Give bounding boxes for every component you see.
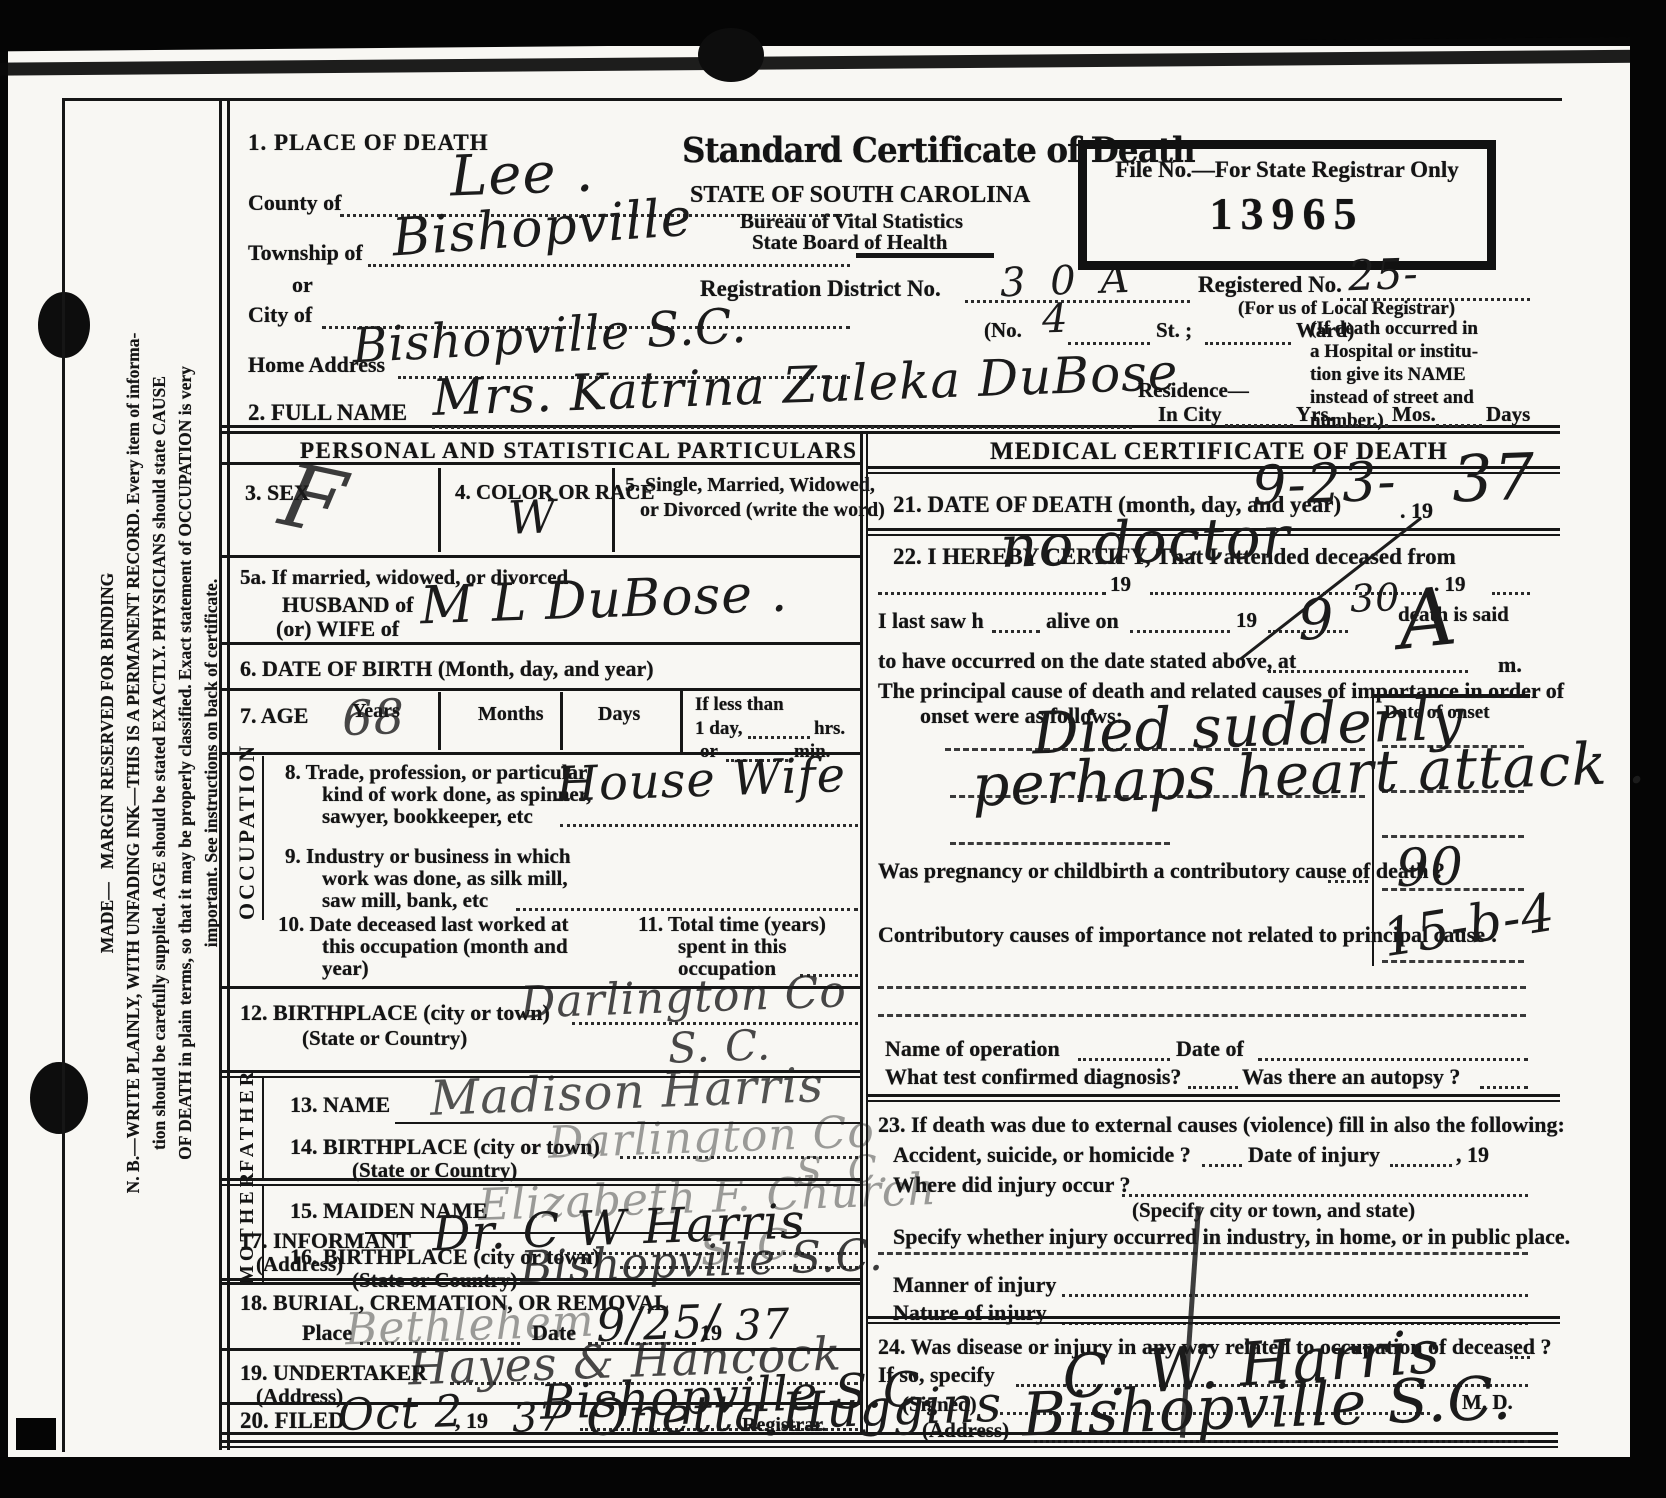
- manner-injury-dots: [1062, 1294, 1528, 1297]
- wife-of-label: (or) WIFE of: [276, 616, 399, 642]
- date-of-label: Date of: [1176, 1036, 1244, 1062]
- hospital-note-1: (If death occurred in: [1310, 318, 1478, 340]
- no-doctor-value: no doctor: [999, 503, 1291, 581]
- test-dots: [1188, 1086, 1238, 1089]
- birthplace-label: 12. BIRTHPLACE (city or town): [240, 1000, 550, 1026]
- occupation-vertical-label: OCCUPATION: [234, 743, 260, 920]
- binder-hole-mark-bottom: [30, 1062, 88, 1134]
- test-label: What test confirmed diagnosis?: [885, 1064, 1181, 1090]
- pregnancy-value: 90: [1395, 837, 1465, 899]
- q23-label: 23. If death was due to external causes …: [878, 1112, 1565, 1138]
- accident-label: Accident, suicide, or homicide ?: [893, 1142, 1191, 1168]
- rule-under-autopsy-2: [866, 1100, 1560, 1102]
- or-label: or: [292, 272, 313, 298]
- husband-of-label: HUSBAND of: [282, 592, 413, 618]
- filed-year-value: 37: [511, 1394, 565, 1442]
- months-label: Months: [478, 703, 544, 726]
- scan-bottom-black-band: [0, 1457, 1666, 1498]
- nb-note-line1: N. B.—WRITE PLAINLY, WITH UNFADING INK—T…: [120, 90, 146, 1436]
- hospital-note-3: tion give its NAME: [1310, 364, 1466, 386]
- local-registrar-note: (For us of Local Registrar): [1238, 298, 1455, 320]
- ink-blob-top: [698, 28, 764, 82]
- form-left-border: [62, 98, 65, 1452]
- date-of-dots: [1258, 1058, 1528, 1061]
- column-divider-2: [866, 431, 868, 1432]
- margin-binding-label: MARGIN RESERVED FOR BINDING: [97, 573, 117, 869]
- county-label: County of: [248, 190, 342, 216]
- filed-date-value: Oct 2: [337, 1386, 464, 1441]
- injury-19-label: , 19: [1456, 1142, 1489, 1168]
- in-city-line: [1225, 424, 1293, 427]
- autopsy-label: Was there an autopsy ?: [1242, 1064, 1460, 1090]
- personal-section-title: PERSONAL AND STATISTICAL PARTICULARS: [300, 438, 857, 464]
- undertaker-address-label: (Address): [256, 1384, 343, 1409]
- birthplace-sub-label: (State or Country): [302, 1026, 467, 1051]
- item10-line3: year): [322, 956, 369, 981]
- accident-dots: [1202, 1164, 1242, 1167]
- father-name-label: 13. NAME: [290, 1092, 390, 1118]
- township-label: Township of: [248, 240, 363, 266]
- nb-note-line3: OF DEATH in plain terms, so that it may …: [172, 90, 198, 1436]
- item9-line: [516, 908, 858, 911]
- item8-line: [560, 824, 858, 827]
- alive-on-label: alive on: [1046, 608, 1119, 634]
- column-divider-1: [860, 431, 863, 1432]
- spouse-value: M L DuBose .: [419, 564, 789, 637]
- last-saw-line-b: [1130, 630, 1230, 633]
- where-injury-dots: [1122, 1194, 1528, 1197]
- undertaker-label: 19. UNDERTAKER: [240, 1360, 427, 1386]
- mos-line: [1436, 424, 1482, 427]
- fullname-label: 2. FULL NAME: [248, 400, 407, 426]
- form-top-border: [62, 98, 1562, 101]
- rule-under-injury-2: [866, 1322, 1560, 1324]
- no-line: [1068, 342, 1150, 345]
- informant-label: 17. INFORMANT: [240, 1228, 411, 1254]
- board-line: State Board of Health: [752, 230, 947, 255]
- color-race-value: W: [507, 489, 557, 545]
- marital-label-1: 5. Single, Married, Widowed,: [625, 474, 875, 497]
- center-rule: [856, 253, 994, 258]
- occurred-line-dots: [1268, 670, 1468, 673]
- cert-line-a: [878, 592, 1106, 595]
- less-than-label-1: If less than: [695, 694, 784, 716]
- item9-line3: saw mill, bank, etc: [322, 888, 488, 913]
- occupation-value: House Wife: [555, 747, 847, 813]
- cert-line-c: [1492, 592, 1530, 595]
- hospital-note-2: a Hospital or institu-: [1310, 341, 1478, 363]
- manner-injury-label: Manner of injury: [893, 1272, 1056, 1298]
- hrs-line: [748, 736, 810, 739]
- margin-made: MADE—: [97, 882, 117, 953]
- q24-dots: [1510, 1356, 1530, 1359]
- operation-label: Name of operation: [885, 1036, 1060, 1062]
- specify-industry-label: Specify whether injury occurred in indus…: [893, 1224, 1570, 1250]
- filed-label: 20. FILED: [240, 1408, 345, 1434]
- file-number-box: File No.—For State Registrar Only 13965: [1078, 140, 1496, 270]
- occupation-inner-divider: [262, 756, 264, 920]
- contributory-dash-2: [878, 1014, 1526, 1017]
- fullname-line: [432, 426, 1132, 429]
- autopsy-dots: [1480, 1086, 1528, 1089]
- pregnancy-dots: [1328, 880, 1368, 883]
- yrs-line: [1336, 424, 1388, 427]
- injury-dash: [878, 1252, 1528, 1255]
- occurred-label: to have occurred on the date stated abov…: [878, 648, 1296, 674]
- age-label: 7. AGE: [240, 703, 308, 729]
- scan-top-black-band: [0, 0, 1666, 51]
- item8-line3: sawyer, bookkeeper, etc: [322, 804, 533, 829]
- registered-no-value: 25-: [1347, 249, 1419, 300]
- reg-district-label: Registration District No.: [700, 276, 941, 302]
- sex-color-divider: [438, 468, 441, 552]
- hrs-label: hrs.: [814, 718, 845, 740]
- where-injury-label: Where did injury occur ?: [893, 1172, 1131, 1198]
- less-than-label-2: 1 day,: [695, 718, 743, 740]
- mos-label: Mos.: [1392, 402, 1436, 427]
- dod-year-value: 37: [1451, 441, 1537, 518]
- last-saw-label: I last saw h: [878, 608, 984, 634]
- no-label: (No.: [984, 318, 1022, 343]
- date-injury-label: Date of injury: [1248, 1142, 1380, 1168]
- rule-under-6: [222, 688, 860, 691]
- rule-under-row3: [222, 555, 860, 558]
- rule-under-injury-1: [866, 1316, 1560, 1319]
- age-value: 68: [341, 689, 406, 747]
- st-line: [1205, 342, 1291, 345]
- contributory-dash-1: [878, 986, 1526, 989]
- informant-address-label: (Address): [256, 1252, 343, 1277]
- rule-under-5a: [222, 642, 860, 645]
- form-bottom-border-3: [222, 1446, 1558, 1448]
- file-number: 13965: [1087, 187, 1487, 240]
- last-saw-line-a: [992, 630, 1040, 633]
- state-line: STATE OF SOUTH CAROLINA: [690, 182, 1030, 209]
- time-a-value: A: [1393, 569, 1461, 668]
- nb-note-line2: tion should be carefully supplied. AGE s…: [146, 90, 172, 1436]
- margin-divider-inner: [227, 98, 230, 1450]
- months-days-divider: [560, 692, 563, 750]
- m-label: m.: [1498, 652, 1522, 678]
- st-label: St. ;: [1156, 318, 1192, 343]
- cause-dash-3: [950, 842, 1170, 845]
- scanned-death-certificate: MADE— MARGIN RESERVED FOR BINDING N. B.—…: [0, 0, 1666, 1498]
- file-box-label: File No.—For State Registrar Only: [1087, 157, 1487, 183]
- margin-divider-outer: [219, 98, 222, 1450]
- city-label: City of: [248, 302, 312, 328]
- yrs-label: Yrs.: [1296, 402, 1334, 427]
- date-injury-dots: [1390, 1164, 1452, 1167]
- residence-label: Residence—: [1138, 378, 1249, 403]
- operation-dots: [1078, 1058, 1170, 1061]
- age-days-label: Days: [598, 703, 640, 726]
- years-months-divider: [438, 692, 441, 750]
- specify-city-label: (Specify city or town, and state): [1132, 1198, 1415, 1223]
- ls-19-label: 19: [1236, 608, 1257, 633]
- father-vertical-label: FATHER: [236, 1068, 259, 1172]
- dob-label: 6. DATE OF BIRTH (Month, day, and year): [240, 656, 654, 682]
- father-inner-divider: [262, 1078, 264, 1178]
- binding-margin-note: MADE— MARGIN RESERVED FOR BINDING N. B.—…: [94, 90, 224, 1436]
- in-city-label: In City: [1158, 402, 1222, 427]
- no-value: 4: [1041, 296, 1069, 343]
- days-less-divider: [680, 688, 683, 752]
- edge-mark: [16, 1418, 56, 1450]
- marital-label-2: or Divorced (write the word): [640, 499, 885, 522]
- rule-under-autopsy-1: [866, 1094, 1560, 1097]
- registered-no-label: Registered No.: [1198, 272, 1342, 298]
- days-label: Days: [1486, 402, 1530, 427]
